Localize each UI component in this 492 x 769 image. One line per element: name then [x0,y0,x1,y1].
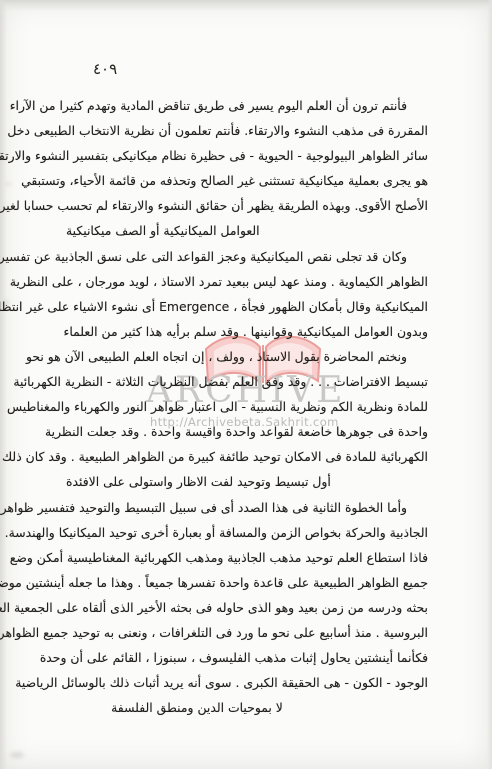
text-line: ونختم المحاضرة بقول الاستاذ ، وولف ، إن … [66,344,428,369]
scanned-book-page: ARCHIVE http://Archivebeta.Sakhrit.com ٤… [0,0,492,769]
scan-smudge [6,182,10,186]
text-line: الظواهر الكيماوية . ومنذ عهد ليس ببعيد ت… [66,269,428,294]
scan-edge-top [0,0,492,11]
text-line: تبسيط الافتراضات . . . وقد وفق العلم بفض… [66,369,428,394]
text-line: فأنتم ترون أن العلم اليوم يسير فى طريق ت… [66,93,428,118]
text-line: جميع الظواهر الطبيعية على قاعدة واحدة تف… [66,570,428,595]
text-line: هو يجرى بعملية ميكانيكية تستثنى غير الصا… [66,168,428,193]
text-line: الكهربائية للمادة فى الامكان توحيد طائفة… [66,444,428,469]
text-line: للمادة ونظرية الكم ونظرية النسبية - الى … [66,394,428,419]
text-line: لا بموحيات الدين ومنطق الفلسفة [16,695,378,720]
scan-smudge [10,752,24,758]
text-line: المقررة فى مذهب النشوء والارتقاء. فأنتم … [66,118,428,143]
text-line: فاذا استطاع العلم توحيد مذهب الجاذبية وم… [66,545,428,570]
text-line: وكان قد تجلى نقص الميكانيكية وعجز القواع… [66,244,428,269]
text-line: وبدون العوامل الميكانيكية وقوانينها . وق… [66,319,428,344]
text-line: وأما الخطوة الثانية فى هذا الصدد أى فى س… [66,495,428,520]
page-number: ٤٠٩ [93,60,117,78]
text-line: بحثه ودرسه من زمن بعيد وهو الذى حاوله فى… [66,595,428,620]
text-line: واحدة فى جوهرها خاضعة لقواعد واحدة واقيس… [66,419,428,444]
text-line: الميكانيكية وقال بأمكان الظهور فجأة ، Em… [66,294,428,319]
text-line: الوجود - الكون - هى الحقيقة الكبرى . سوى… [66,670,428,695]
text-line: العوامل الميكانيكية أو الصف ميكانيكية [66,218,428,243]
text-line: الجاذبية والحركة بخواص الزمن والمسافة أو… [66,520,428,545]
text-line: فكأنما أينشتين يحاول إثبات مذهب الفليسوف… [66,645,428,670]
text-line: البروسية . منذ أسابيع على نحو ما ورد فى … [66,620,428,645]
scan-edge-right [487,0,492,769]
body-text: فأنتم ترون أن العلم اليوم يسير فى طريق ت… [66,93,428,720]
scan-edge-left [0,0,7,769]
text-line: الأصلح الأقوى. وبهذه الطريقة يظهر أن حقا… [66,193,428,218]
text-line: سائر الظواهر البيولوجية - الحيوية - فى ح… [66,143,428,168]
text-line: أول تبسيط وتوحيد لفت الاظار واستولى على … [66,469,428,494]
